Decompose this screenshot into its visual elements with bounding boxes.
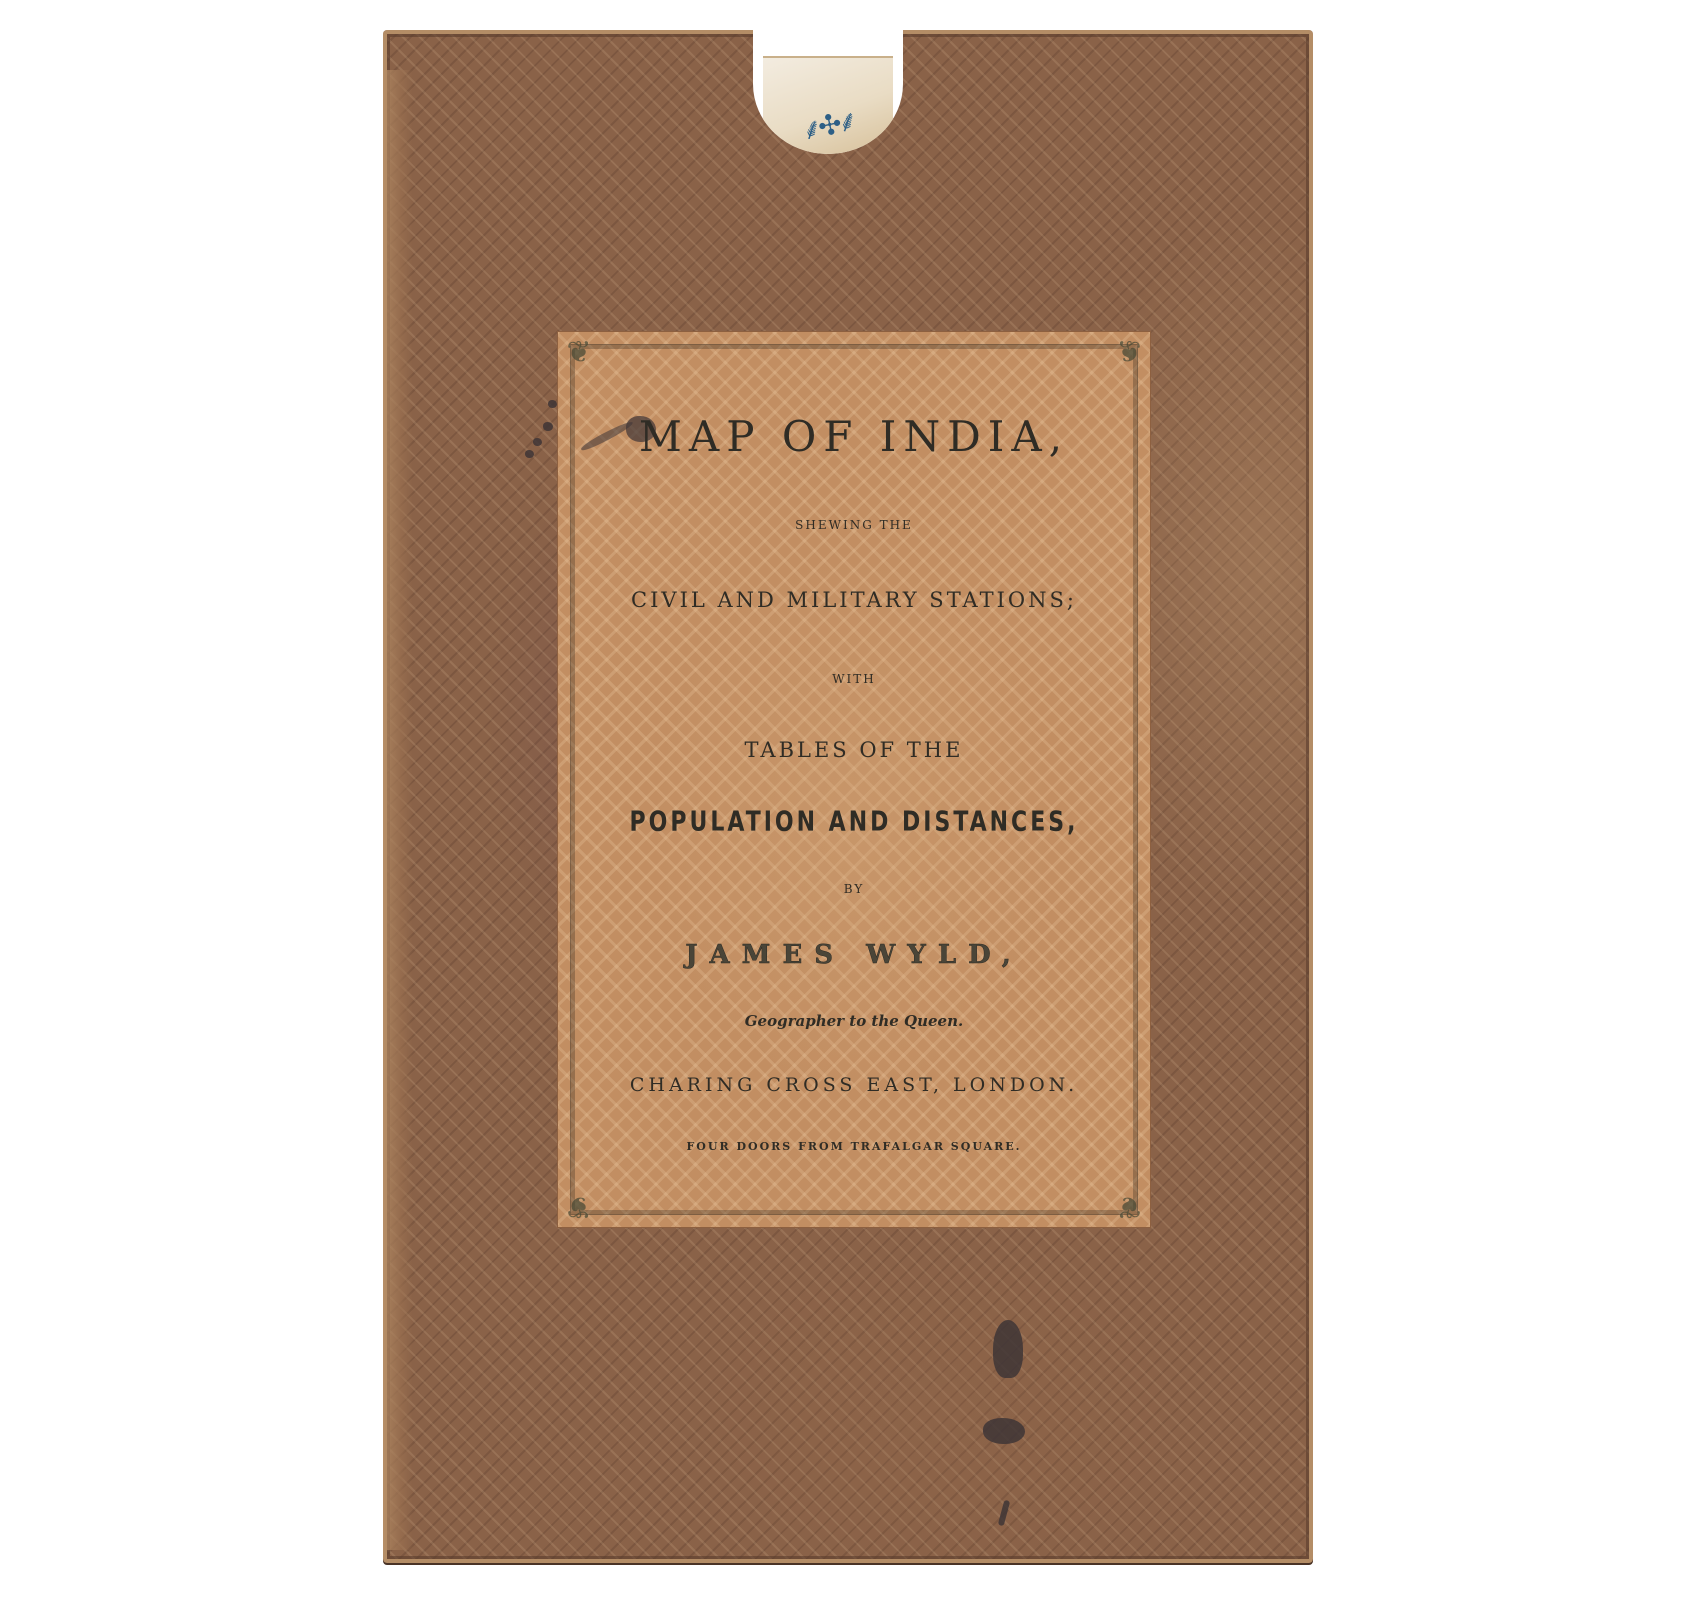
- label-line-with: WITH: [558, 672, 1150, 686]
- label-line-population: POPULATION AND DISTANCES,: [558, 807, 1150, 838]
- corner-ornament-icon: ❦: [1112, 336, 1146, 370]
- label-author-title: Geographer to the Queen.: [558, 1012, 1150, 1030]
- corner-ornament-icon: ❦: [562, 1189, 596, 1223]
- ink-stain: [998, 1500, 1011, 1527]
- label-line-by: BY: [558, 882, 1150, 896]
- ink-stain: [543, 422, 553, 431]
- label-line-stations: CIVIL AND MILITARY STATIONS;: [558, 588, 1150, 612]
- thumb-notch: ⸙✣⸙: [753, 28, 903, 154]
- title-label: ❦ ❦ ❦ ❦ MAP OF INDIA, SHEWING THE CIVIL …: [558, 332, 1150, 1227]
- label-line-shewing: SHEWING THE: [558, 518, 1150, 532]
- ink-stain: [993, 1320, 1023, 1378]
- label-author: JAMES WYLD,: [558, 940, 1150, 970]
- ink-stain: [525, 450, 534, 458]
- cover-spine-edge: [383, 70, 413, 1550]
- corner-ornament-icon: ❦: [1112, 1189, 1146, 1223]
- label-address: CHARING CROSS EAST, LONDON.: [558, 1074, 1150, 1096]
- ink-stain: [983, 1418, 1025, 1444]
- corner-ornament-icon: ❦: [562, 336, 596, 370]
- label-address-note: FOUR DOORS FROM TRAFALGAR SQUARE.: [558, 1140, 1150, 1153]
- label-line-tables: TABLES OF THE: [558, 738, 1150, 762]
- inner-map-fold: ⸙✣⸙: [763, 56, 893, 154]
- ink-stain: [533, 438, 542, 446]
- ink-stain: [548, 400, 557, 408]
- marbled-paper-icon: ⸙✣⸙: [790, 99, 867, 153]
- label-title: MAP OF INDIA,: [558, 412, 1150, 461]
